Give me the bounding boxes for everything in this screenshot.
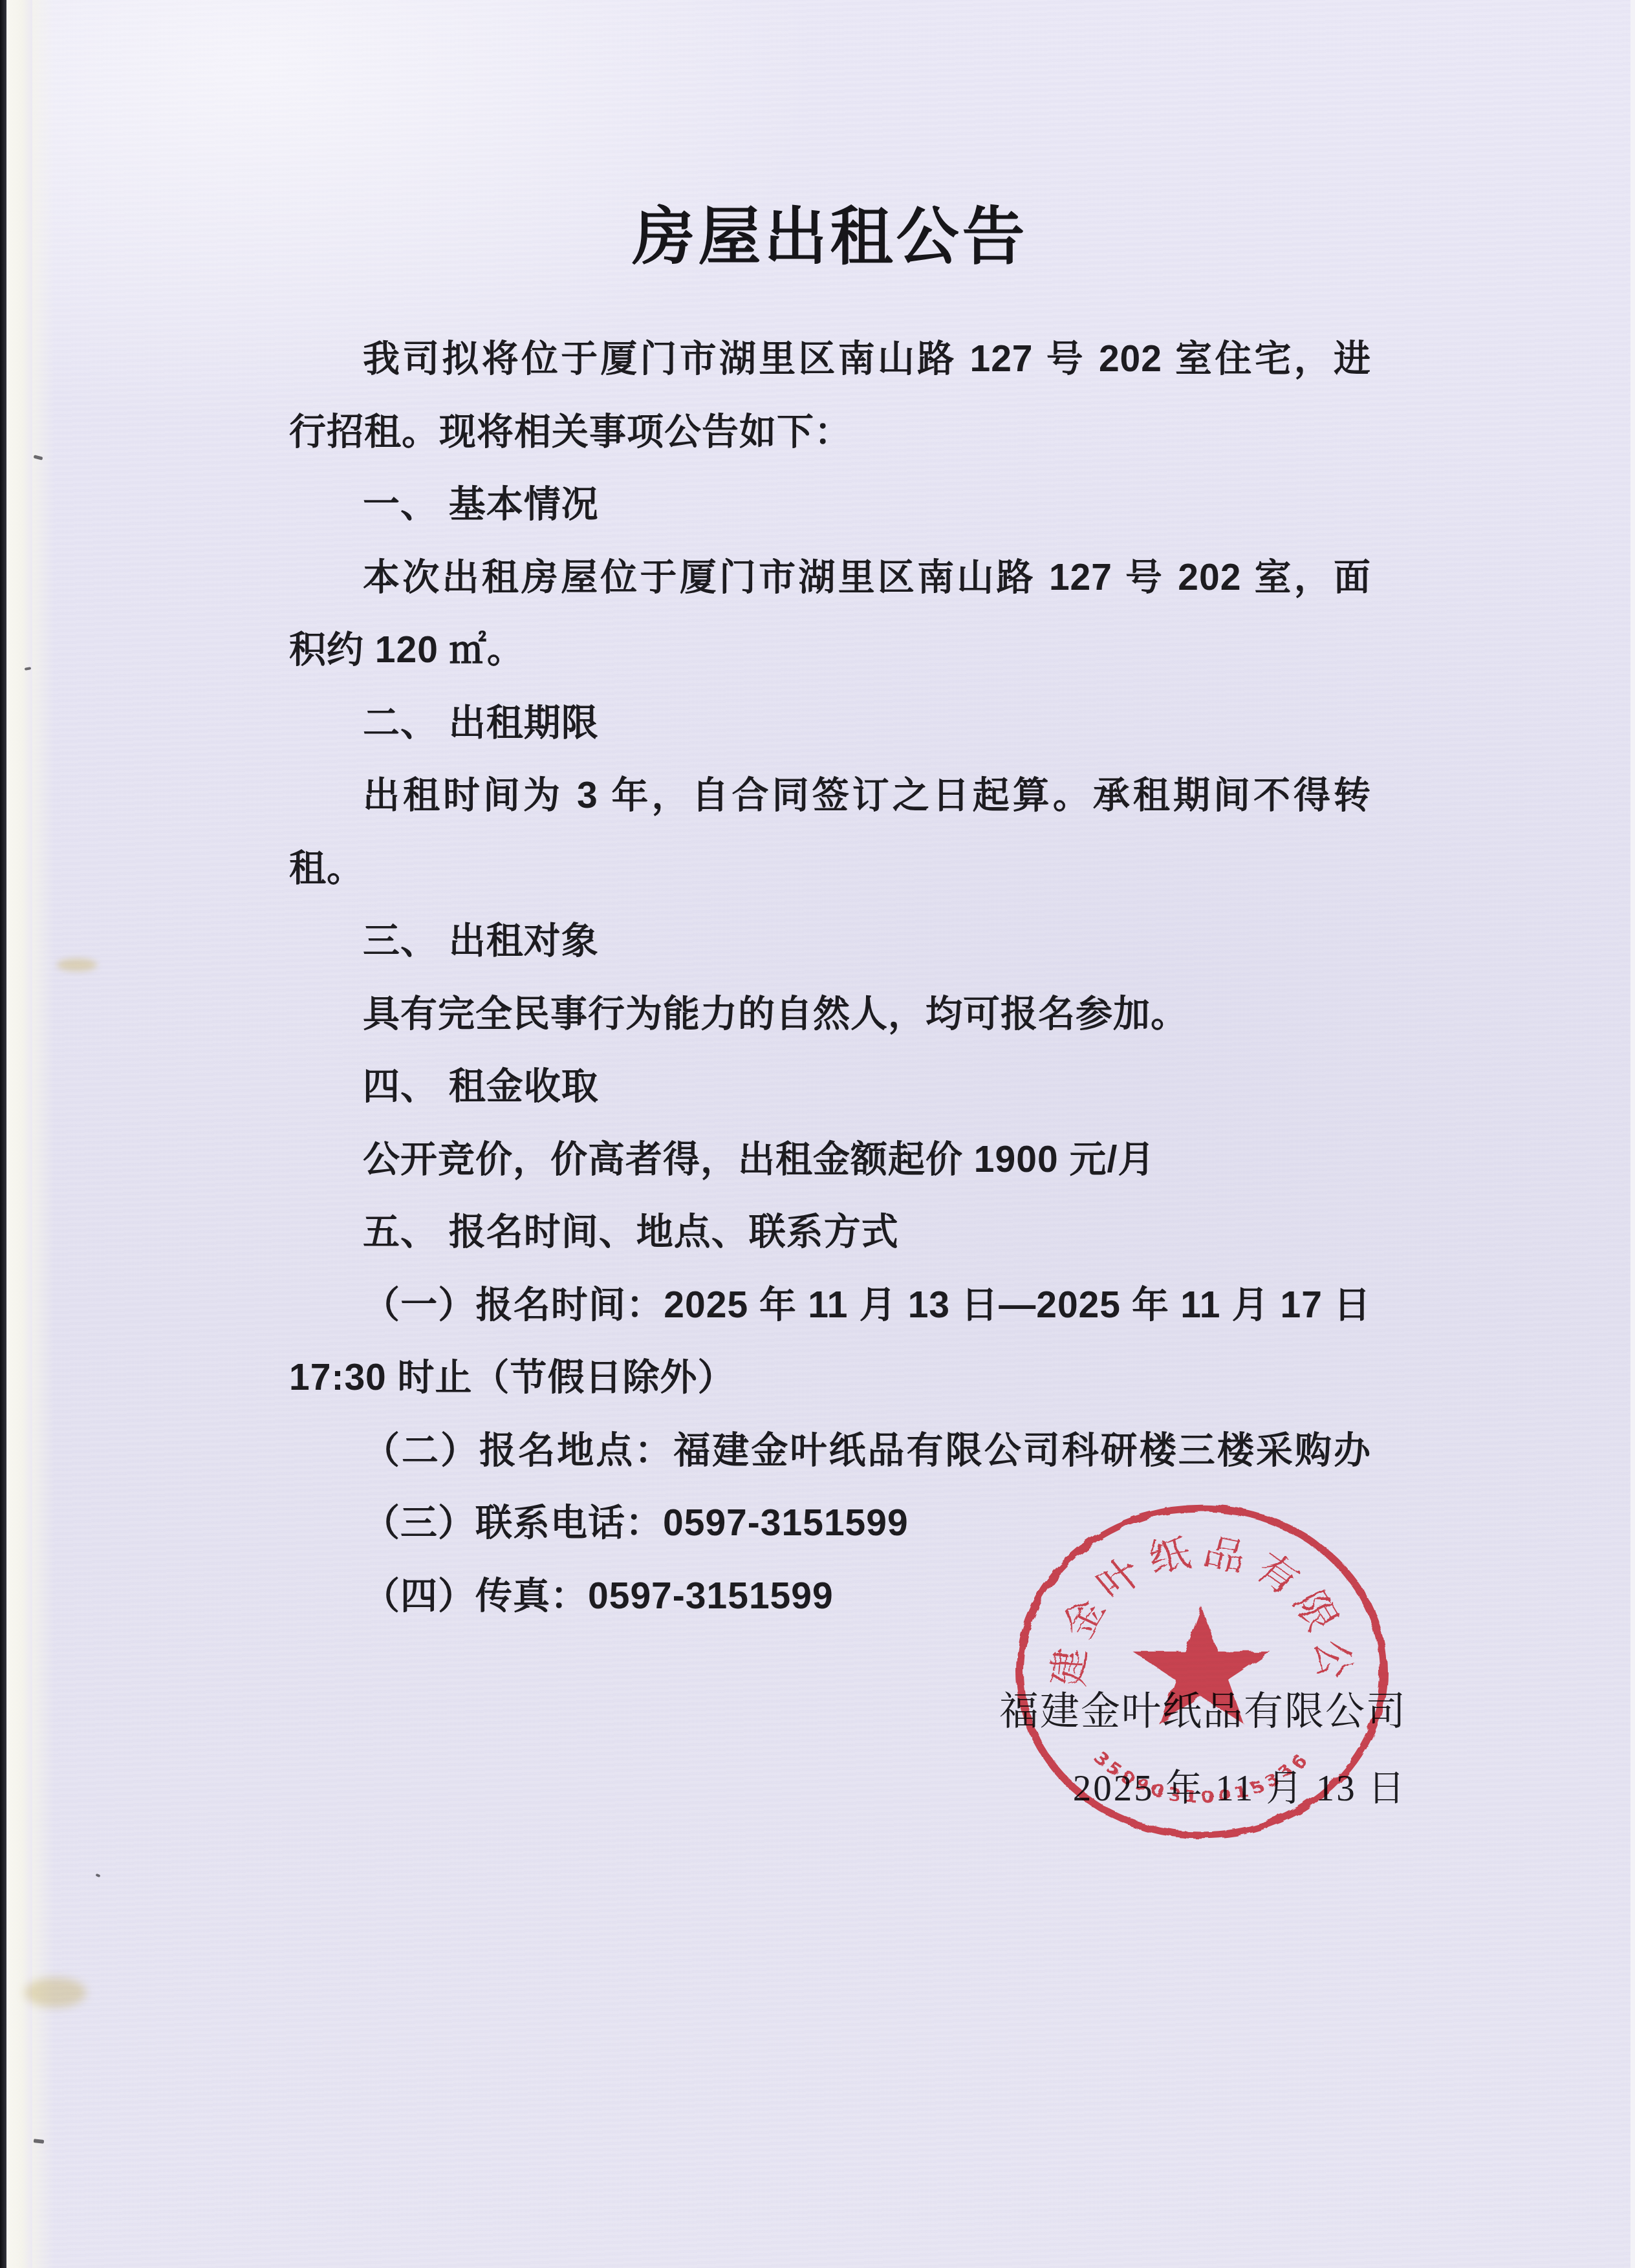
paper-speck: [96, 1874, 101, 1877]
document-body: 我司拟将位于厦门市湖里区南山路 127 号 202 室住宅，进 行招租。现将相关…: [289, 323, 1371, 1632]
paper-smudge: [57, 958, 97, 971]
scan-edge-right: [1630, 0, 1635, 2268]
body-line: 我司拟将位于厦门市湖里区南山路 127 号 202 室住宅，进: [289, 323, 1371, 396]
body-line: 租。: [289, 832, 1371, 905]
section-heading: 四、 租金收取: [289, 1050, 1371, 1123]
body-line: （一）报名时间：2025 年 11 月 13 日—2025 年 11 月 17 …: [289, 1269, 1371, 1342]
body-line: 积约 120 ㎡。: [289, 614, 1371, 687]
company-stamp: 福建金叶纸品有限公司 35090310015336: [1008, 1497, 1396, 1846]
body-line: 本次出租房屋位于厦门市湖里区南山路 127 号 202 室，面: [289, 541, 1371, 614]
star-icon: [1133, 1606, 1271, 1724]
stamp-serial-number: 35090310015336: [1089, 1747, 1314, 1807]
body-line: 具有完全民事行为能力的自然人，均可报名参加。: [289, 978, 1371, 1051]
body-line: 行招租。现将相关事项公告如下：: [289, 396, 1371, 469]
body-line: 公开竞价，价高者得，出租金额起价 1900 元/月: [289, 1123, 1371, 1196]
body-line: 17:30 时止（节假日除外）: [289, 1341, 1371, 1414]
svg-text:35090310015336: 35090310015336: [1089, 1747, 1314, 1807]
section-heading: 五、 报名时间、地点、联系方式: [289, 1196, 1371, 1269]
scanned-page: 房屋出租公告 我司拟将位于厦门市湖里区南山路 127 号 202 室住宅，进 行…: [0, 0, 1635, 2268]
scan-edge-light: [6, 0, 32, 2268]
section-heading: 一、 基本情况: [289, 468, 1371, 541]
section-heading: 二、 出租期限: [289, 687, 1371, 760]
paper-edge-fade: [32, 0, 54, 2268]
body-line: 出租时间为 3 年，自合同签订之日起算。承租期间不得转: [289, 759, 1371, 832]
scan-edge-dark: [0, 0, 6, 2268]
body-line: （二）报名地点：福建金叶纸品有限公司科研楼三楼采购办: [289, 1414, 1371, 1487]
section-heading: 三、 出租对象: [289, 905, 1371, 978]
paper-smudge: [25, 1978, 86, 2007]
page-title: 房屋出租公告: [289, 186, 1371, 276]
